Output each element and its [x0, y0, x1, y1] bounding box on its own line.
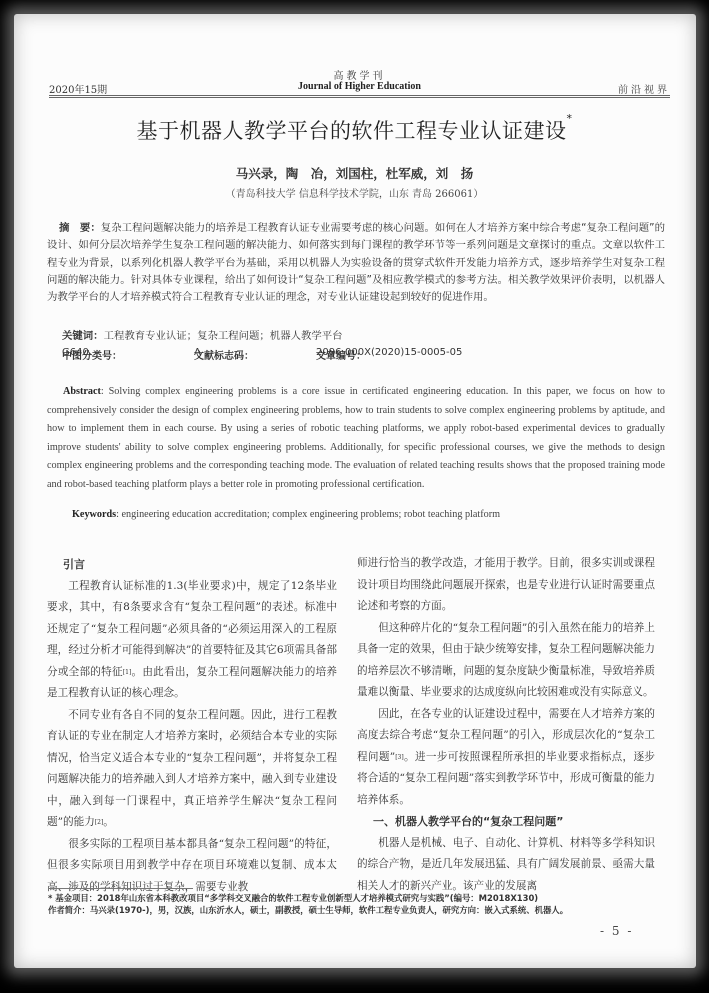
authors: 马兴录，陶 冶，刘国柱，杜军威，刘 扬	[0, 164, 709, 182]
paper-title: 基于机器人教学平台的软件工程专业认证建设*	[0, 115, 709, 145]
journal-title-en: Journal of Higher Education	[49, 81, 670, 92]
header-rule	[49, 97, 670, 98]
keywords-en-text: : engineering education accreditation; c…	[116, 509, 500, 520]
fund-footnote: * 基金项目：2018年山东省本科教改项目“多学科交叉融合的软件工程专业创新型人…	[48, 892, 668, 904]
abstract-cn-label: 摘 要：	[59, 222, 101, 234]
section-heading-intro: 引言	[47, 554, 337, 576]
body-paragraph: 因此，在各专业的认证建设过程中，需要在人才培养方案的高度去综合考虑“复杂工程问题…	[357, 704, 655, 812]
doc-code-label: 文献标志码：	[194, 347, 254, 362]
body-paragraph: 师进行恰当的教学改造，才能用于教学。目前，很多实训或课程设计项目均围绕此问题展开…	[357, 553, 655, 618]
doc-code-value: A	[194, 347, 201, 358]
body-column-right: 师进行恰当的教学改造，才能用于教学。目前，很多实训或课程设计项目均围绕此问题展开…	[357, 553, 655, 897]
footnotes: * 基金项目：2018年山东省本科教改项目“多学科交叉融合的软件工程专业创新型人…	[48, 892, 668, 916]
running-header: 2020年15期 高教学刊 Journal of Higher Educatio…	[49, 64, 670, 96]
abstract-cn-text: 复杂工程问题解决能力的培养是工程教育认证专业需要考虑的核心问题。如何在人才培养方…	[47, 222, 665, 303]
keywords-en: Keywords: engineering education accredit…	[72, 509, 500, 520]
body-paragraph: 工程教育认证标准的1.3(毕业要求)中，规定了12条毕业要求，其中，有8条要求含…	[47, 576, 337, 705]
body-column-left: 引言 工程教育认证标准的1.3(毕业要求)中，规定了12条毕业要求，其中，有8条…	[47, 554, 337, 898]
affiliation: （青岛科技大学 信息科学技术学院，山东 青岛 266061）	[0, 185, 709, 200]
journal-title-cn: 高教学刊	[49, 67, 670, 82]
clc-value: G640	[62, 347, 89, 358]
article-no-value: 2096-000X(2020)15-0005-05	[316, 347, 462, 358]
abstract-en-text: : Solving complex engineering problems i…	[47, 386, 665, 490]
keywords-cn-label: 关键词：	[62, 330, 104, 342]
keywords-cn-text: 工程教育专业认证；复杂工程问题；机器人教学平台	[104, 330, 343, 342]
keywords-en-label: Keywords	[72, 509, 116, 520]
abstract-en: Abstract: Solving complex engineering pr…	[47, 383, 665, 495]
column-name: 前沿视界	[618, 81, 670, 96]
keywords-cn: 关键词：工程教育专业认证；复杂工程问题；机器人教学平台	[62, 327, 343, 342]
abstract-en-label: Abstract	[63, 386, 101, 397]
header-rule	[49, 95, 670, 96]
author-footnote: 作者简介：马兴录(1970-)，男，汉族，山东沂水人，硕士，副教授，硕士生导师，…	[48, 904, 668, 916]
abstract-cn: 摘 要：复杂工程问题解决能力的培养是工程教育认证专业需要考虑的核心问题。如何在人…	[47, 220, 665, 306]
section-heading-1: 一、机器人教学平台的“复杂工程问题”	[357, 811, 655, 833]
citation: [3]	[395, 754, 404, 761]
page-number: - 5 -	[600, 924, 633, 938]
body-paragraph: 但这种碎片化的“复杂工程问题”的引入虽然在能力的培养上具备一定的效果，但由于缺少…	[357, 618, 655, 704]
body-paragraph: 不同专业有各自不同的复杂工程问题。因此，进行工程教育认证的专业在制定人才培养方案…	[47, 705, 337, 834]
footnote-rule	[48, 888, 193, 889]
fund-mark: *	[567, 112, 573, 125]
body-paragraph: 机器人是机械、电子、自动化、计算机、材料等多学科知识的综合产物，是近几年发展迅猛…	[357, 833, 655, 898]
